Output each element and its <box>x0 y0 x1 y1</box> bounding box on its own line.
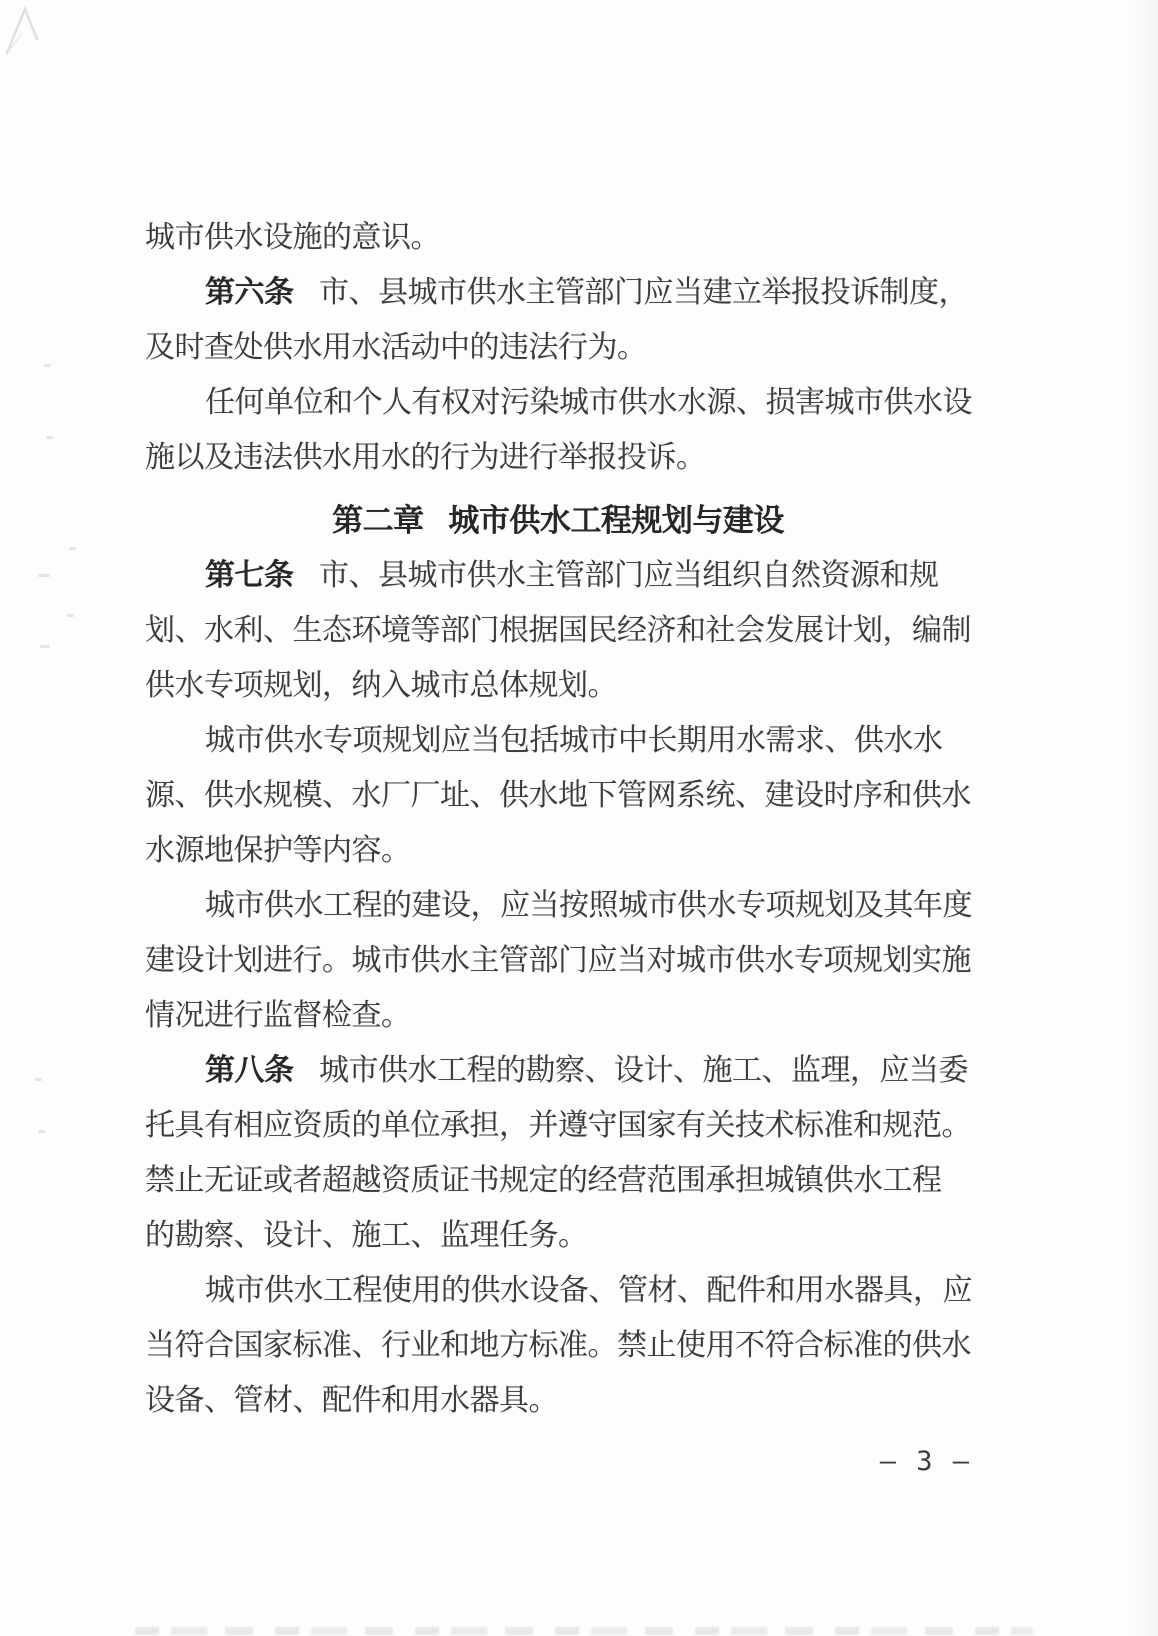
article-number: 第六条 <box>205 276 294 309</box>
scan-speck <box>40 645 50 648</box>
text-line: 任何单位和个人有权对污染城市供水水源、损害城市供水设 <box>145 375 971 430</box>
text-line: 水源地保护等内容。 <box>145 823 971 878</box>
text-line: 的勘察、设计、施工、监理任务。 <box>145 1208 971 1263</box>
article-number: 第八条 <box>205 1054 294 1087</box>
text-line: 第七条市、县城市供水主管部门应当组织自然资源和规 <box>145 548 971 603</box>
pencil-mark-icon <box>2 3 54 61</box>
text-line: 当符合国家标准、行业和地方标准。禁止使用不符合标准的供水 <box>145 1318 971 1373</box>
text-line: 城市供水设施的意识。 <box>145 210 971 265</box>
scan-speck <box>69 547 76 550</box>
bleed-through-artifact <box>135 1627 1033 1635</box>
text-line: 及时查处供水用水活动中的违法行为。 <box>145 320 971 375</box>
scan-speck <box>67 614 74 617</box>
text-line: 供水专项规划，纳入城市总体规划。 <box>145 658 971 713</box>
chapter-heading: 第二章城市供水工程规划与建设 <box>145 493 971 548</box>
text-line: 第八条城市供水工程的勘察、设计、施工、监理，应当委 <box>145 1043 971 1098</box>
text-line: 施以及违法供水用水的行为进行举报投诉。 <box>145 430 971 485</box>
document-body: 城市供水设施的意识。 第六条市、县城市供水主管部门应当建立举报投诉制度， 及时查… <box>145 210 971 1428</box>
text-line: 城市供水工程使用的供水设备、管材、配件和用水器具，应 <box>145 1263 971 1318</box>
scanned-document-page: 城市供水设施的意识。 第六条市、县城市供水主管部门应当建立举报投诉制度， 及时查… <box>0 0 1158 1636</box>
text-line: 情况进行监督检查。 <box>145 988 971 1043</box>
text-line: 建设计划进行。城市供水主管部门应当对城市供水专项规划实施 <box>145 933 971 988</box>
scan-speck <box>46 436 53 439</box>
text-line: 托具有相应资质的单位承担，并遵守国家有关技术标准和规范。 <box>145 1098 971 1153</box>
text-line: 城市供水专项规划应当包括城市中长期用水需求、供水水 <box>145 713 971 768</box>
scan-speck <box>38 574 50 577</box>
text-line: 设备、管材、配件和用水器具。 <box>145 1373 971 1428</box>
scan-speck <box>35 1078 42 1081</box>
text-line: 禁止无证或者超越资质证书规定的经营范围承担城镇供水工程 <box>145 1153 971 1208</box>
text-line: 第六条市、县城市供水主管部门应当建立举报投诉制度， <box>145 265 971 320</box>
text-line: 划、水利、生态环境等部门根据国民经济和社会发展计划，编制 <box>145 603 971 658</box>
text-line: 源、供水规模、水厂厂址、供水地下管网系统、建设时序和供水 <box>145 768 971 823</box>
chapter-number: 第二章 <box>332 503 424 538</box>
scan-speck <box>44 364 51 367</box>
page-number: — 3 — <box>145 1434 971 1489</box>
text-line: 城市供水工程的建设，应当按照城市供水专项规划及其年度 <box>145 878 971 933</box>
scan-speck <box>38 1130 45 1133</box>
article-number: 第七条 <box>205 559 294 592</box>
